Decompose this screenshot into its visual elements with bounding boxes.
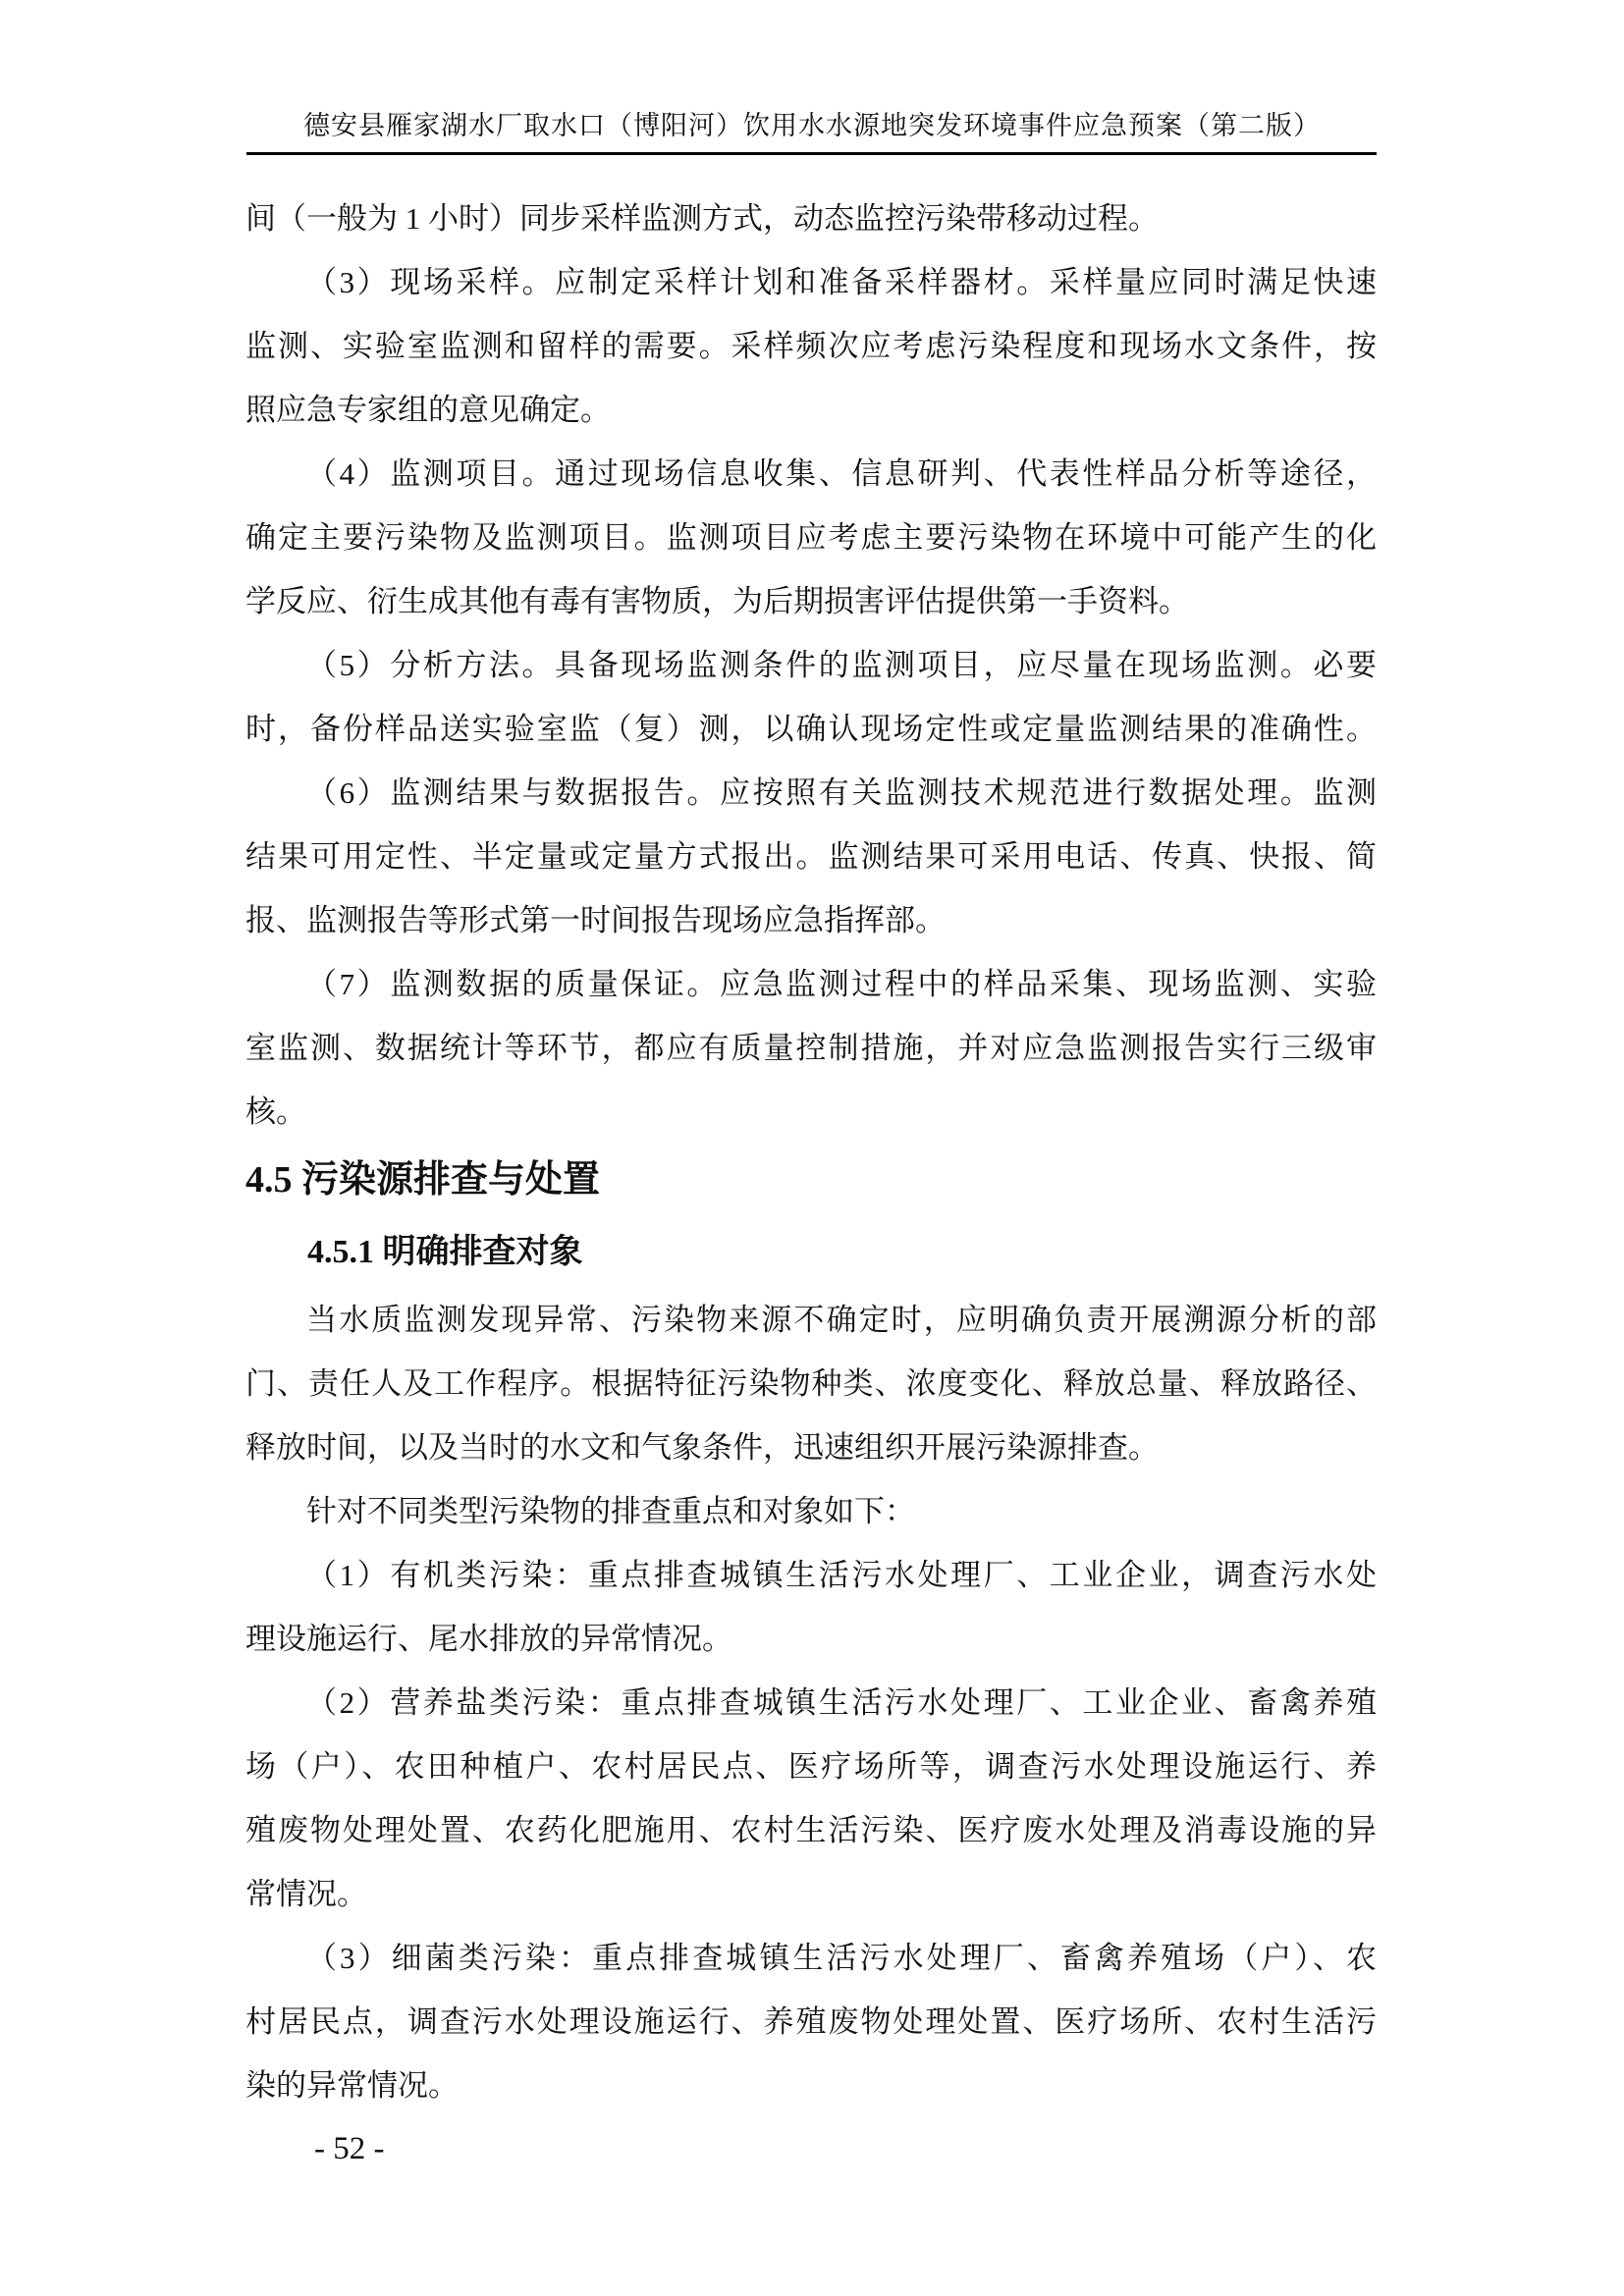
page-footer: - 52 - [245, 2117, 384, 2181]
section-heading: 4.5 污染源排查与处置 [245, 1144, 1377, 1217]
text-line: 门、责任人及工作程序。根据特征污染物种类、浓度变化、释放总量、释放路径、 [245, 1352, 1377, 1415]
text-line: 间（一般为 1 小时）同步采样监测方式，动态监控污染带移动过程。 [245, 187, 1377, 250]
text-line: 确定主要污染物及监测项目。监测项目应考虑主要污染物在环境中可能产生的化 [245, 506, 1377, 569]
text-line: 殖废物处理处置、农药化肥施用、农村生活污染、医疗废水处理及消毒设施的异 [245, 1798, 1377, 1862]
text-line: 常情况。 [245, 1862, 1377, 1926]
header-title: 德安县雁家湖水厂取水口（博阳河）饮用水水源地突发环境事件应急预案（第二版） [0, 106, 1624, 145]
text-line: 学反应、衍生成其他有毒有害物质，为后期损害评估提供第一手资料。 [245, 569, 1377, 633]
text-line: 时，备份样品送实验室监（复）测，以确认现场定性或定量监测结果的准确性。 [245, 697, 1377, 761]
text-line: 针对不同类型污染物的排查重点和对象如下： [245, 1479, 1377, 1543]
text-line: （2）营养盐类污染：重点排查城镇生活污水处理厂、工业企业、畜禽养殖 [245, 1671, 1377, 1735]
text-line: 结果可用定性、半定量或定量方式报出。监测结果可采用电话、传真、快报、简 [245, 825, 1377, 888]
header-rule [246, 152, 1377, 155]
document-body: 间（一般为 1 小时）同步采样监测方式，动态监控污染带移动过程。 （3）现场采样… [245, 187, 1377, 2117]
text-line: 监测、实验室监测和留样的需要。采样频次应考虑污染程度和现场水文条件，按 [245, 314, 1377, 378]
text-line: 室监测、数据统计等环节，都应有质量控制措施，并对应急监测报告实行三级审 [245, 1016, 1377, 1080]
text-line: 核。 [245, 1080, 1377, 1144]
text-line: （1）有机类污染：重点排查城镇生活污水处理厂、工业企业，调查污水处 [245, 1543, 1377, 1607]
text-line: 释放时间，以及当时的水文和气象条件，迅速组织开展污染源排查。 [245, 1415, 1377, 1479]
page-number: - 52 - [314, 2131, 384, 2166]
text-line: 当水质监测发现异常、污染物来源不确定时，应明确负责开展溯源分析的部 [245, 1288, 1377, 1352]
text-line: 理设施运行、尾水排放的异常情况。 [245, 1607, 1377, 1671]
text-line: （3）细菌类污染：重点排查城镇生活污水处理厂、畜禽养殖场（户）、农 [245, 1926, 1377, 1990]
subsection-heading: 4.5.1 明确排查对象 [245, 1217, 1377, 1288]
text-line: （3）现场采样。应制定采样计划和准备采样器材。采样量应同时满足快速 [245, 250, 1377, 314]
text-line: 村居民点，调查污水处理设施运行、养殖废物处理处置、医疗场所、农村生活污 [245, 1990, 1377, 2054]
text-line: 染的异常情况。 [245, 2054, 1377, 2117]
text-line: （4）监测项目。通过现场信息收集、信息研判、代表性样品分析等途径， [245, 442, 1377, 506]
text-line: 报、监测报告等形式第一时间报告现场应急指挥部。 [245, 888, 1377, 952]
document-page: 德安县雁家湖水厂取水口（博阳河）饮用水水源地突发环境事件应急预案（第二版） 间（… [0, 0, 1624, 2296]
text-line: 照应急专家组的意见确定。 [245, 378, 1377, 442]
text-line: （6）监测结果与数据报告。应按照有关监测技术规范进行数据处理。监测 [245, 761, 1377, 825]
text-line: 场（户）、农田种植户、农村居民点、医疗场所等，调查污水处理设施运行、养 [245, 1735, 1377, 1798]
text-line: （7）监测数据的质量保证。应急监测过程中的样品采集、现场监测、实验 [245, 952, 1377, 1016]
text-line: （5）分析方法。具备现场监测条件的监测项目，应尽量在现场监测。必要 [245, 633, 1377, 697]
